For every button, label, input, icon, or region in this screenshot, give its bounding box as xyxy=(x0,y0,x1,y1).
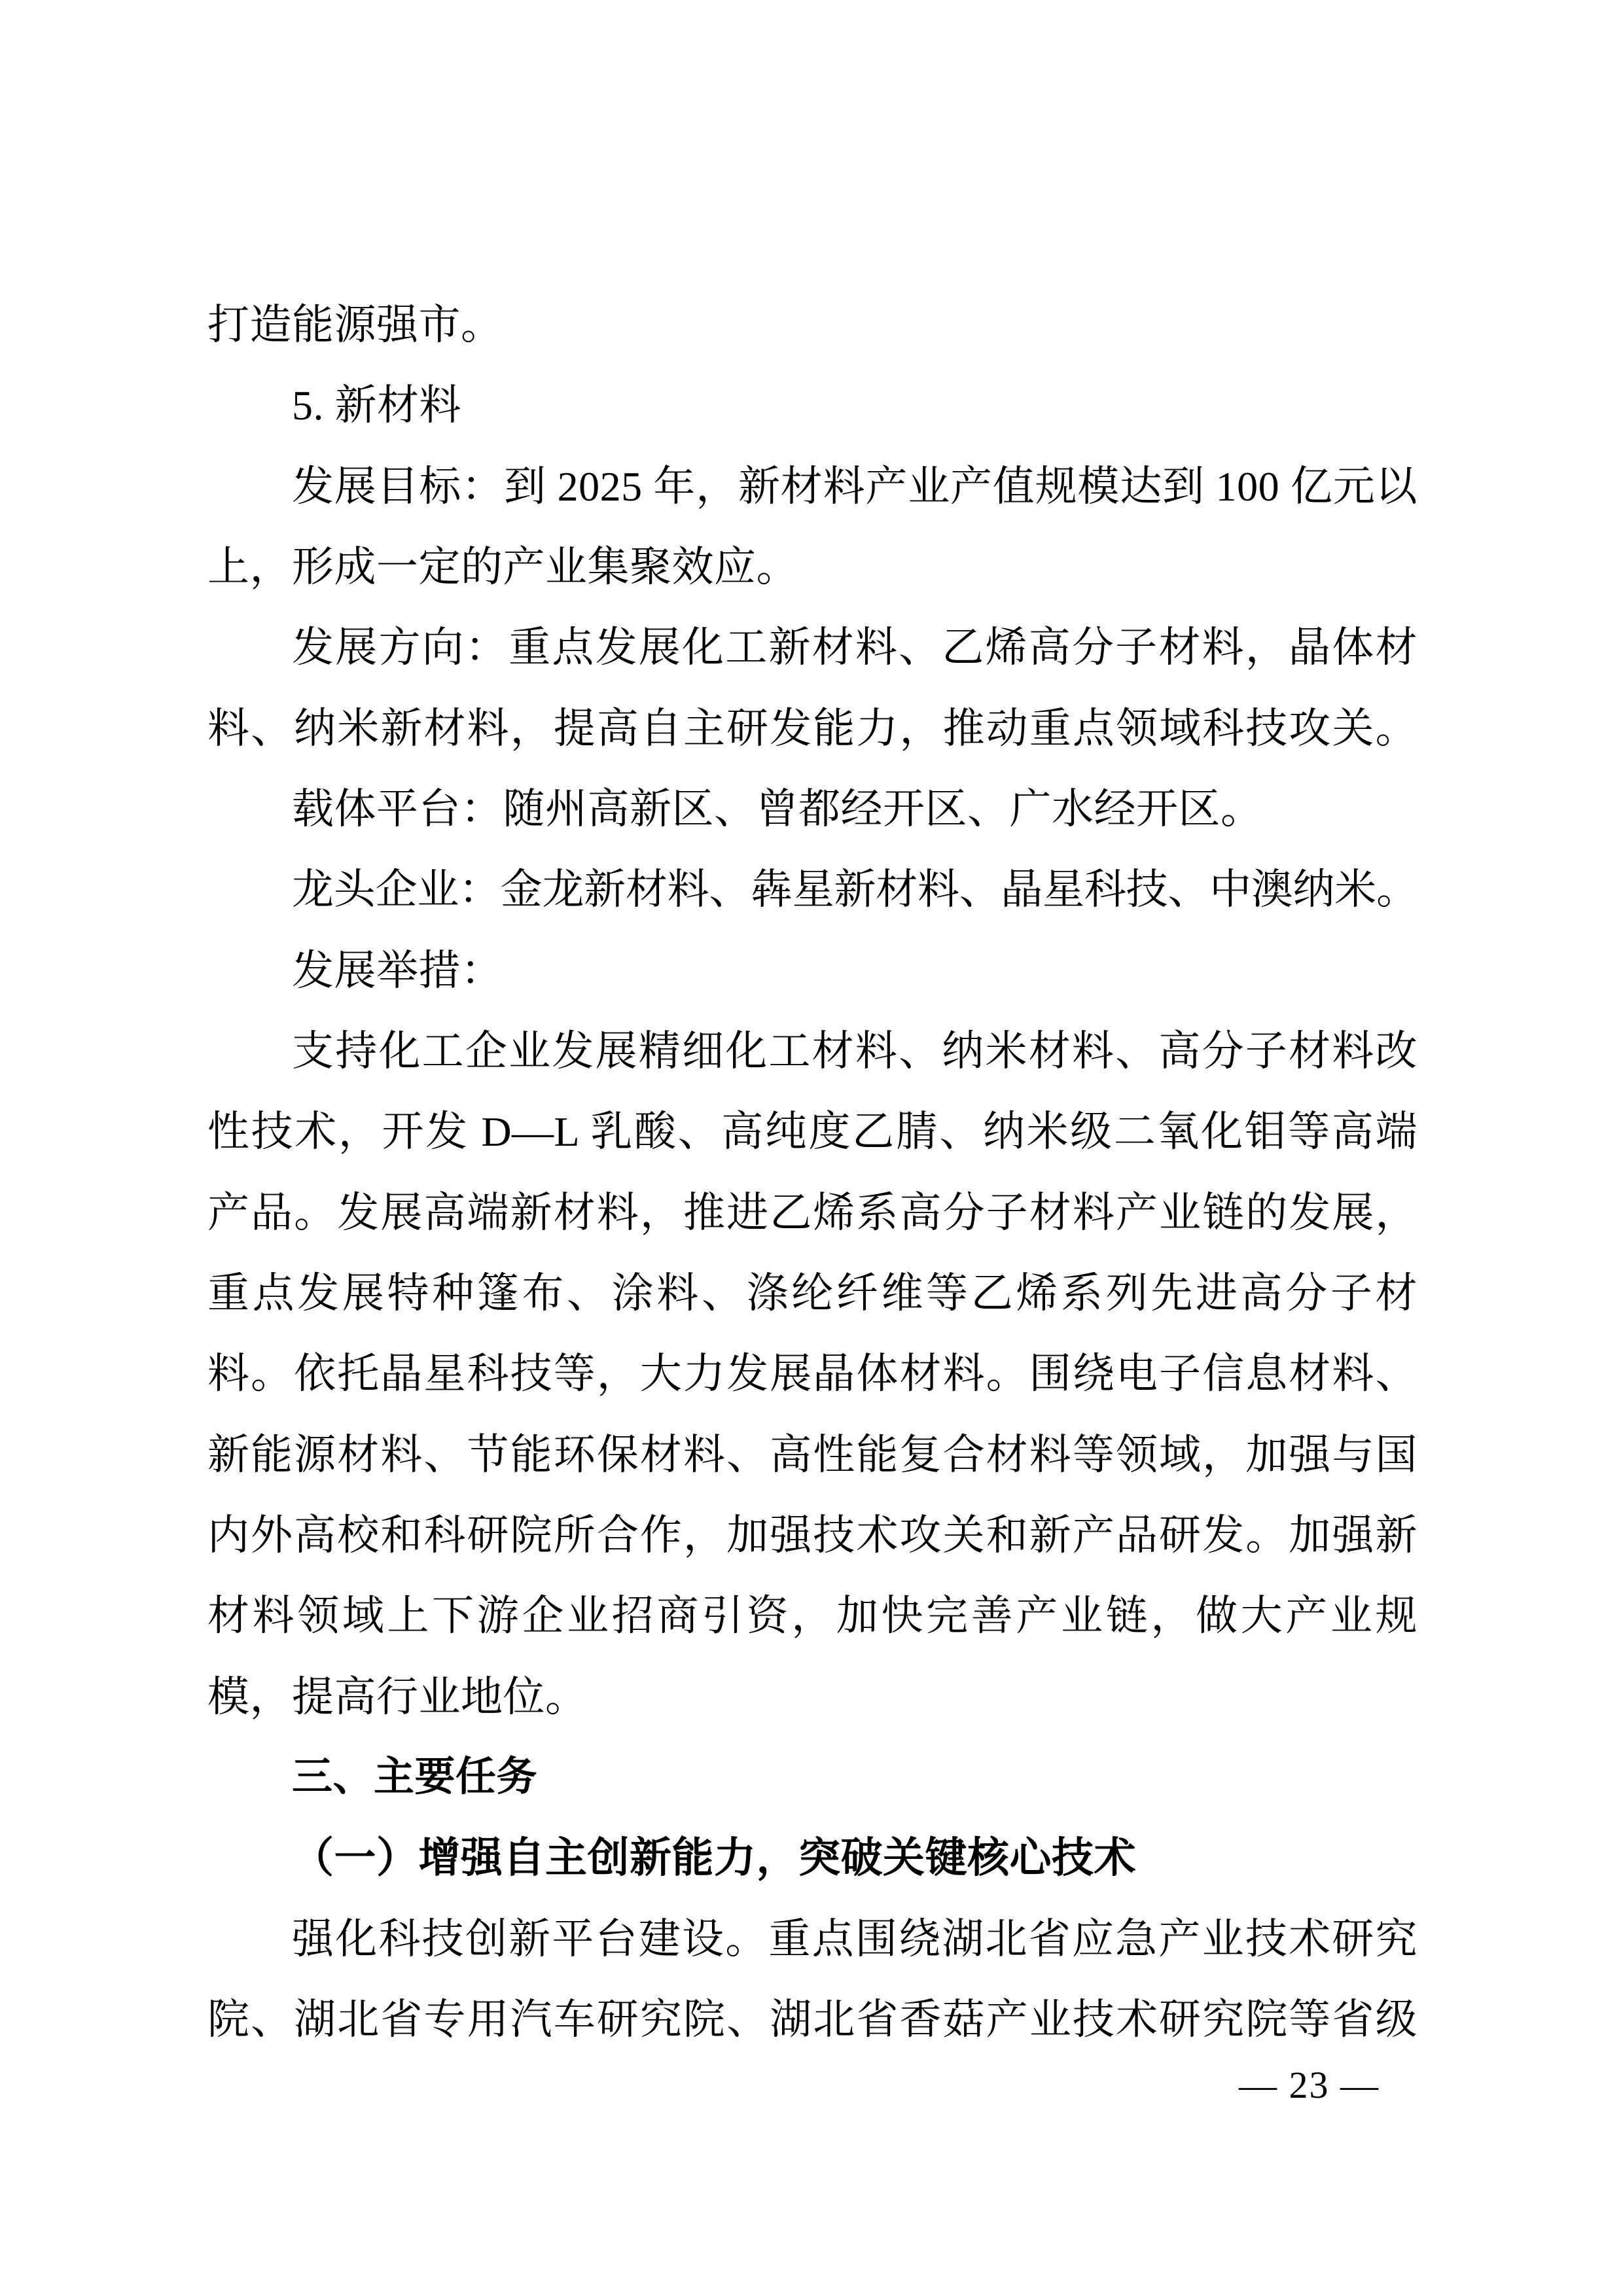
line-22: 院、湖北省专用汽车研究院、湖北省香菇产业技术研究院等省级 xyxy=(207,1995,1418,2045)
line-15: 新能源材料、节能环保材料、高性能复合材料等领域，加强与国 xyxy=(207,1430,1418,1480)
line-08: 龙头企业：金龙新材料、犇星新材料、晶星科技、中澳纳米。 xyxy=(207,865,1418,915)
line-02-subsection-number: 5. 新材料 xyxy=(207,381,1418,431)
line-07: 载体平台：随州高新区、曾都经开区、广水经开区。 xyxy=(207,785,1418,834)
line-14: 料。依托晶星科技等，大力发展晶体材料。围绕电子信息材料、 xyxy=(207,1349,1418,1399)
line-12: 产品。发展高端新材料，推进乙烯系高分子材料产业链的发展， xyxy=(207,1188,1418,1238)
subsection-heading: （一）增强自主创新能力，突破关键核心技术 xyxy=(207,1833,1418,1883)
line-05: 发展方向：重点发展化工新材料、乙烯高分子材料，晶体材 xyxy=(207,623,1418,673)
section-heading: 三、主要任务 xyxy=(207,1753,1418,1801)
line-18: 模，提高行业地位。 xyxy=(207,1672,1418,1722)
line-21: 强化科技创新平台建设。重点围绕湖北省应急产业技术研究 xyxy=(207,1915,1418,1964)
line-06: 料、纳米新材料，提高自主研发能力，推动重点领域科技攻关。 xyxy=(207,704,1418,754)
text-block: 打造能源强市。 5. 新材料 发展目标：到 2025 年，新材料产业产值规模达到… xyxy=(207,0,1418,2296)
line-17: 材料领域上下游企业招商引资，加快完善产业链，做大产业规 xyxy=(207,1591,1418,1641)
line-13: 重点发展特种篷布、涂料、涤纶纤维等乙烯系列先进高分子材 xyxy=(207,1269,1418,1318)
line-16: 内外高校和科研院所合作，加强技术攻关和新产品研发。加强新 xyxy=(207,1511,1418,1561)
document-page: 打造能源强市。 5. 新材料 发展目标：到 2025 年，新材料产业产值规模达到… xyxy=(0,0,1623,2296)
line-01: 打造能源强市。 xyxy=(207,300,1418,350)
line-09: 发展举措： xyxy=(207,946,1418,996)
line-04: 上，形成一定的产业集聚效应。 xyxy=(207,542,1418,592)
line-03: 发展目标：到 2025 年，新材料产业产值规模达到 100 亿元以 xyxy=(207,462,1418,512)
line-10: 支持化工企业发展精细化工材料、纳米材料、高分子材料改 xyxy=(207,1027,1418,1076)
page-number: — 23 — xyxy=(1239,2062,1380,2108)
line-11: 性技术，开发 D—L 乳酸、高纯度乙腈、纳米级二氧化钼等高端 xyxy=(207,1107,1418,1157)
